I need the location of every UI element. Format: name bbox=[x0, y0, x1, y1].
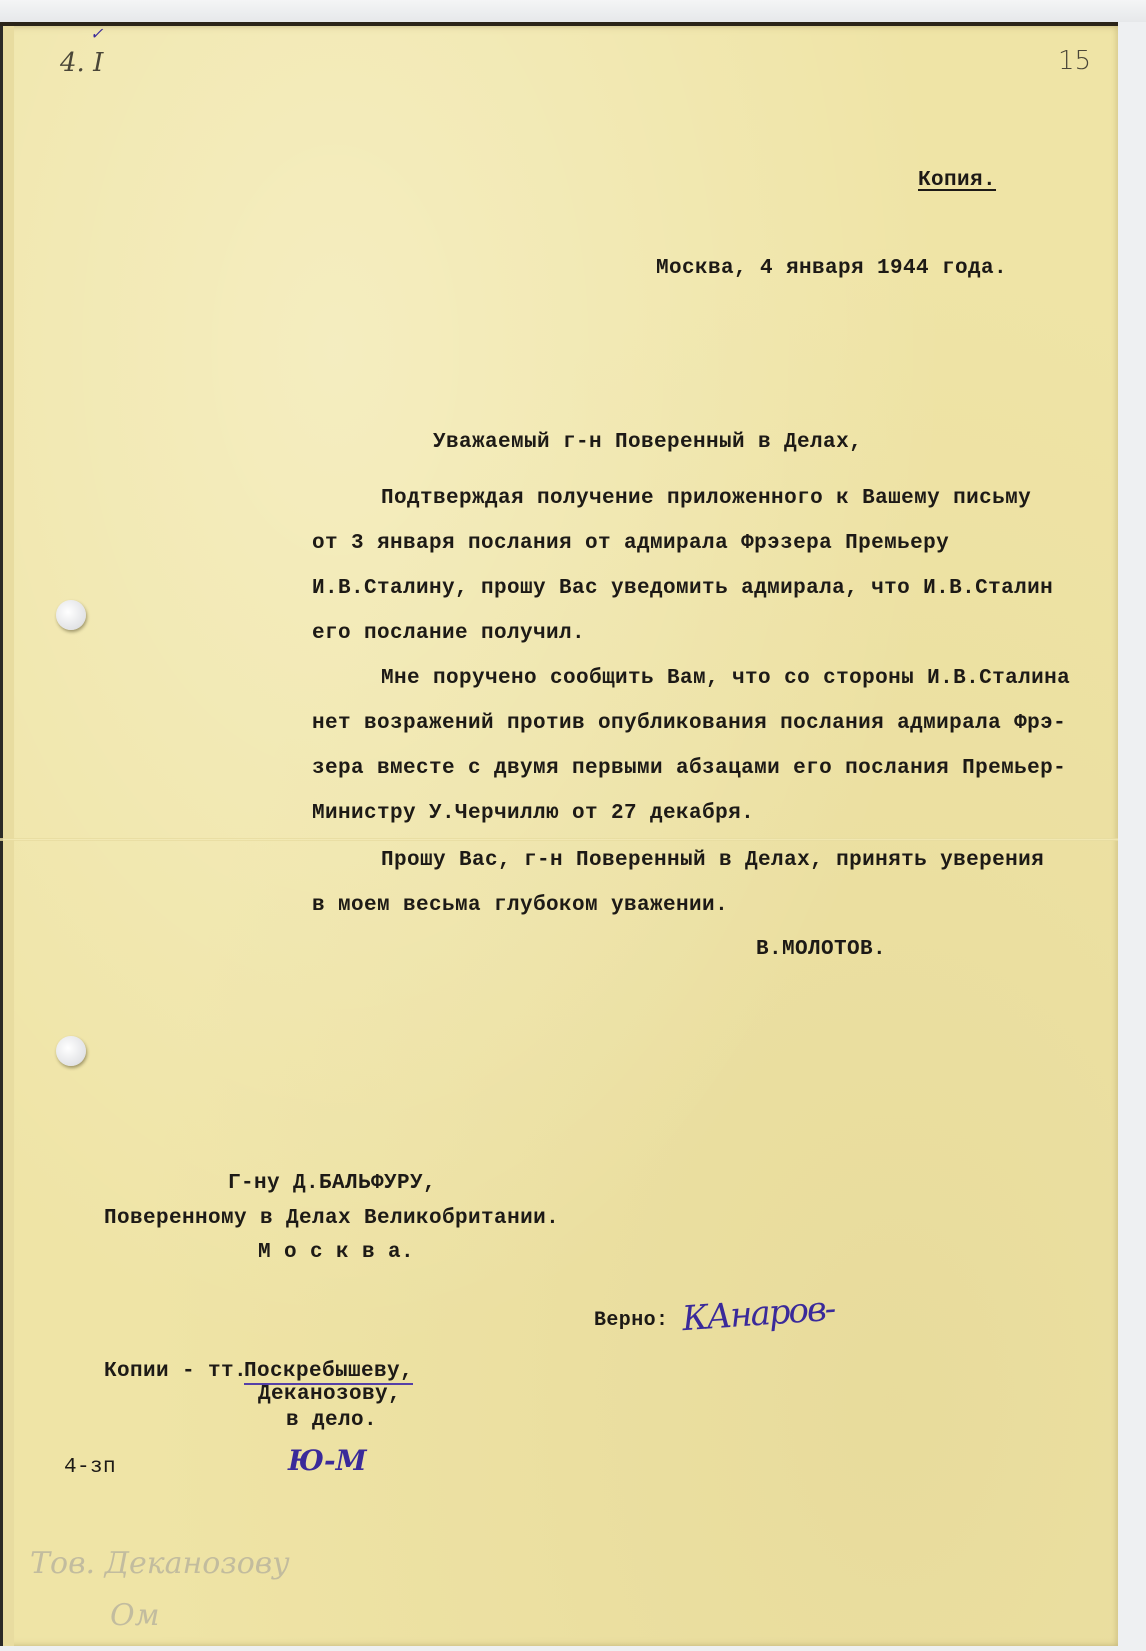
paper-fold-line bbox=[0, 838, 1118, 841]
handwritten-initials: Ю-М bbox=[288, 1444, 367, 1477]
scanner-background bbox=[0, 0, 1146, 22]
bleedthrough-initials: Ом bbox=[110, 1598, 159, 1633]
check-mark: ✓ bbox=[90, 24, 103, 43]
salutation: Уважаемый г-н Поверенный в Делах, bbox=[433, 431, 862, 454]
page-number: 15 bbox=[1058, 46, 1091, 76]
paragraph1-line1: Подтверждая получение приложенного к Ваш… bbox=[381, 487, 1031, 510]
paragraph2-line2: нет возражений против опубликования посл… bbox=[312, 712, 1066, 735]
copies-recipient-dekanozov: Деканозову, bbox=[258, 1383, 401, 1406]
addressee-name: Г-ну Д.БАЛЬФУРУ, bbox=[228, 1172, 436, 1195]
paragraph1-line3: И.В.Сталину, прошу Вас уведомить адмирал… bbox=[312, 577, 1053, 600]
copies-prefix: Копии - тт. bbox=[104, 1360, 247, 1383]
paragraph3-line1: Прошу Вас, г-н Поверенный в Делах, приня… bbox=[381, 849, 1044, 872]
paragraph1-line2: от 3 января послания от адмирала Фрэзера… bbox=[312, 532, 949, 555]
certified-label: Верно: bbox=[594, 1309, 668, 1332]
paragraph2-line3: зера вместе с двумя первыми абзацами его… bbox=[312, 757, 1066, 780]
paragraph1-line4: его послание получил. bbox=[312, 622, 585, 645]
addressee-title: Поверенному в Делах Великобритании. bbox=[104, 1207, 559, 1230]
document-page: ✓ 4. I 15 Копия. Москва, 4 января 1944 г… bbox=[0, 22, 1118, 1646]
paragraph3-line2: в моем весьма глубоком уважении. bbox=[312, 894, 728, 917]
bleedthrough-note: Тов. Деканозову bbox=[30, 1546, 290, 1581]
handwritten-signature: КАнаров- bbox=[681, 1289, 836, 1340]
punch-hole-upper bbox=[56, 600, 86, 630]
copy-label: Копия. bbox=[918, 169, 996, 192]
document-code: 4-зп bbox=[64, 1456, 116, 1479]
signature-molotov: В.МОЛОТОВ. bbox=[756, 938, 886, 961]
copies-to-file: в дело. bbox=[286, 1409, 377, 1432]
place-date: Москва, 4 января 1944 года. bbox=[656, 257, 1007, 280]
punch-hole-lower bbox=[56, 1036, 86, 1066]
addressee-city: М о с к в а. bbox=[258, 1241, 414, 1264]
paragraph2-line1: Мне поручено сообщить Вам, что со сторон… bbox=[381, 667, 1070, 690]
archive-pencil-note: 4. I bbox=[60, 48, 103, 78]
copies-recipient-poskrebyshev: Поскребышеву, bbox=[244, 1360, 413, 1385]
paragraph2-line4: Министру У.Черчиллю от 27 декабря. bbox=[312, 802, 754, 825]
